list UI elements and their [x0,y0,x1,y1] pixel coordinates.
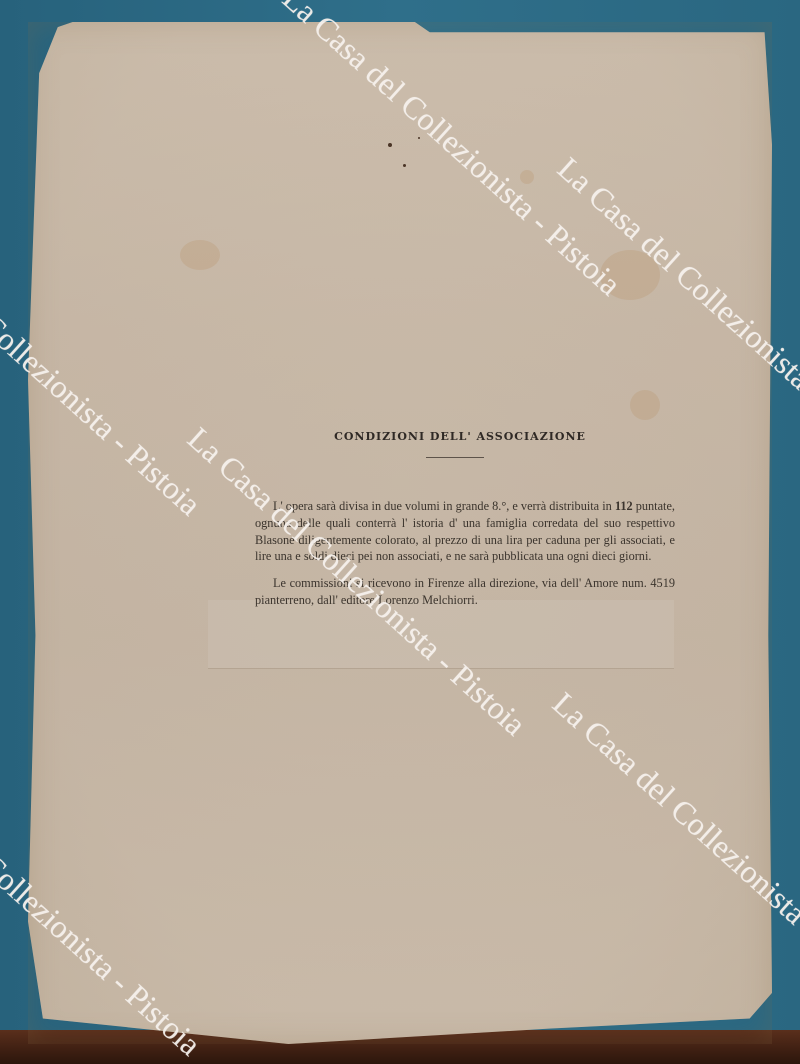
installments-count: 112 [615,499,633,513]
foxing-stain [180,240,220,270]
printed-text-block: CONDIZIONI DELL' ASSOCIAZIONE L' opera s… [255,430,675,609]
paragraph-orders: Le commissioni si ricevono in Firenze al… [255,575,675,609]
document-heading: CONDIZIONI DELL' ASSOCIAZIONE [245,430,675,443]
heading-rule [426,457,484,458]
foxing-stain [630,390,660,420]
paragraph-conditions-lead: L' opera sarà divisa in due volumi in gr… [273,499,615,513]
ink-spot [403,164,406,167]
ink-spot [388,143,392,147]
